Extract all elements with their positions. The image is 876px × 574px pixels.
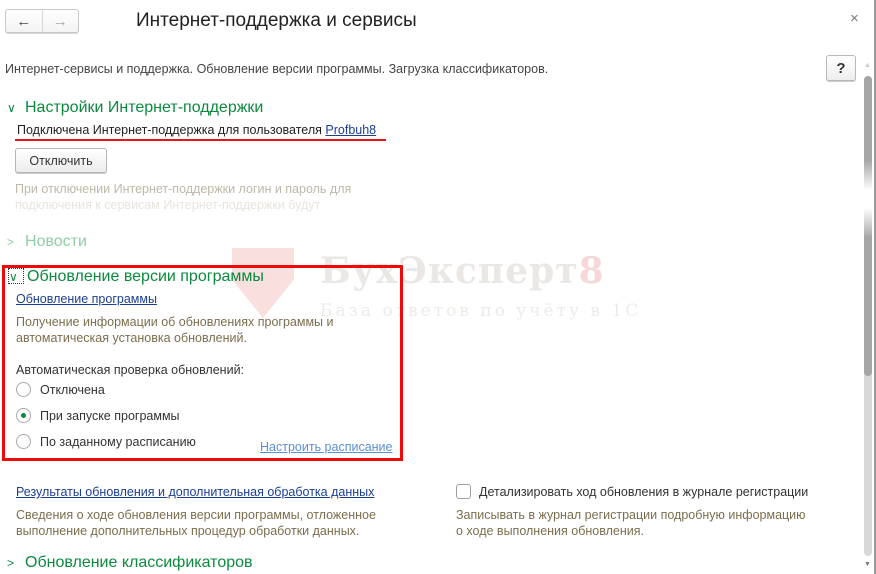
radio-selected-icon[interactable] (16, 408, 31, 423)
group-support-settings[interactable]: ∨ Настройки Интернет-поддержки (7, 99, 263, 117)
auto-check-label: Автоматическая проверка обновлений: (16, 363, 244, 377)
update-note: Получение информации об обновлениях прог… (16, 314, 334, 346)
radio-icon[interactable] (16, 382, 31, 397)
chevron-right-icon: > (7, 235, 25, 249)
arrow-left-icon: ← (16, 13, 31, 30)
radio-on-schedule[interactable]: По заданному расписанию (16, 434, 196, 449)
connection-status: Подключена Интернет-поддержка для пользо… (17, 123, 376, 137)
group-news[interactable]: > Новости (7, 233, 87, 251)
group-title: Настройки Интернет-поддержки (25, 99, 263, 117)
chevron-down-icon: ∨ (7, 101, 25, 115)
group-classifiers[interactable]: > Обновление классификаторов (7, 554, 253, 572)
navigation-buttons: ← → (5, 9, 79, 33)
vertical-scrollbar[interactable]: ▲ ▼ (862, 62, 874, 572)
detail-note: Записывать в журнал регистрации подробну… (456, 507, 806, 539)
configure-schedule-link[interactable]: Настроить расписание (260, 440, 393, 454)
back-button[interactable]: ← (6, 10, 43, 32)
group-title: Обновление версии программы (27, 268, 264, 286)
help-button[interactable]: ? (826, 55, 856, 81)
forward-button[interactable]: → (43, 10, 79, 32)
group-title: Обновление классификаторов (25, 554, 253, 572)
checkbox-icon[interactable] (456, 484, 471, 499)
arrow-right-icon: → (53, 13, 68, 30)
radio-icon[interactable] (16, 434, 31, 449)
detail-log-checkbox[interactable]: Детализировать ход обновления в журнале … (456, 484, 808, 499)
scroll-thumb[interactable] (864, 76, 872, 376)
radio-disabled[interactable]: Отключена (16, 382, 105, 397)
window-title: Интернет-поддержка и сервисы (136, 10, 417, 32)
group-title: Новости (25, 233, 87, 251)
results-note: Сведения о ходе обновления версии програ… (16, 507, 376, 539)
highlight-underline (15, 139, 386, 141)
disconnect-button[interactable]: Отключить (15, 148, 107, 173)
chevron-down-icon: ∨ (9, 270, 27, 284)
chevron-right-icon: > (7, 556, 25, 570)
username-link[interactable]: Profbuh8 (325, 123, 376, 137)
program-update-link[interactable]: Обновление программы (16, 292, 157, 306)
group-version-update[interactable]: ∨ Обновление версии программы (9, 268, 264, 286)
scroll-down-icon[interactable]: ▼ (864, 561, 871, 568)
radio-on-startup[interactable]: При запуске программы (16, 408, 180, 423)
page-description: Интернет-сервисы и поддержка. Обновление… (5, 62, 548, 76)
close-icon[interactable]: × (850, 10, 859, 27)
disconnect-note: При отключении Интернет-поддержки логин … (15, 181, 351, 213)
scroll-up-icon[interactable]: ▲ (864, 62, 871, 69)
update-results-link[interactable]: Результаты обновления и дополнительная о… (16, 485, 374, 499)
